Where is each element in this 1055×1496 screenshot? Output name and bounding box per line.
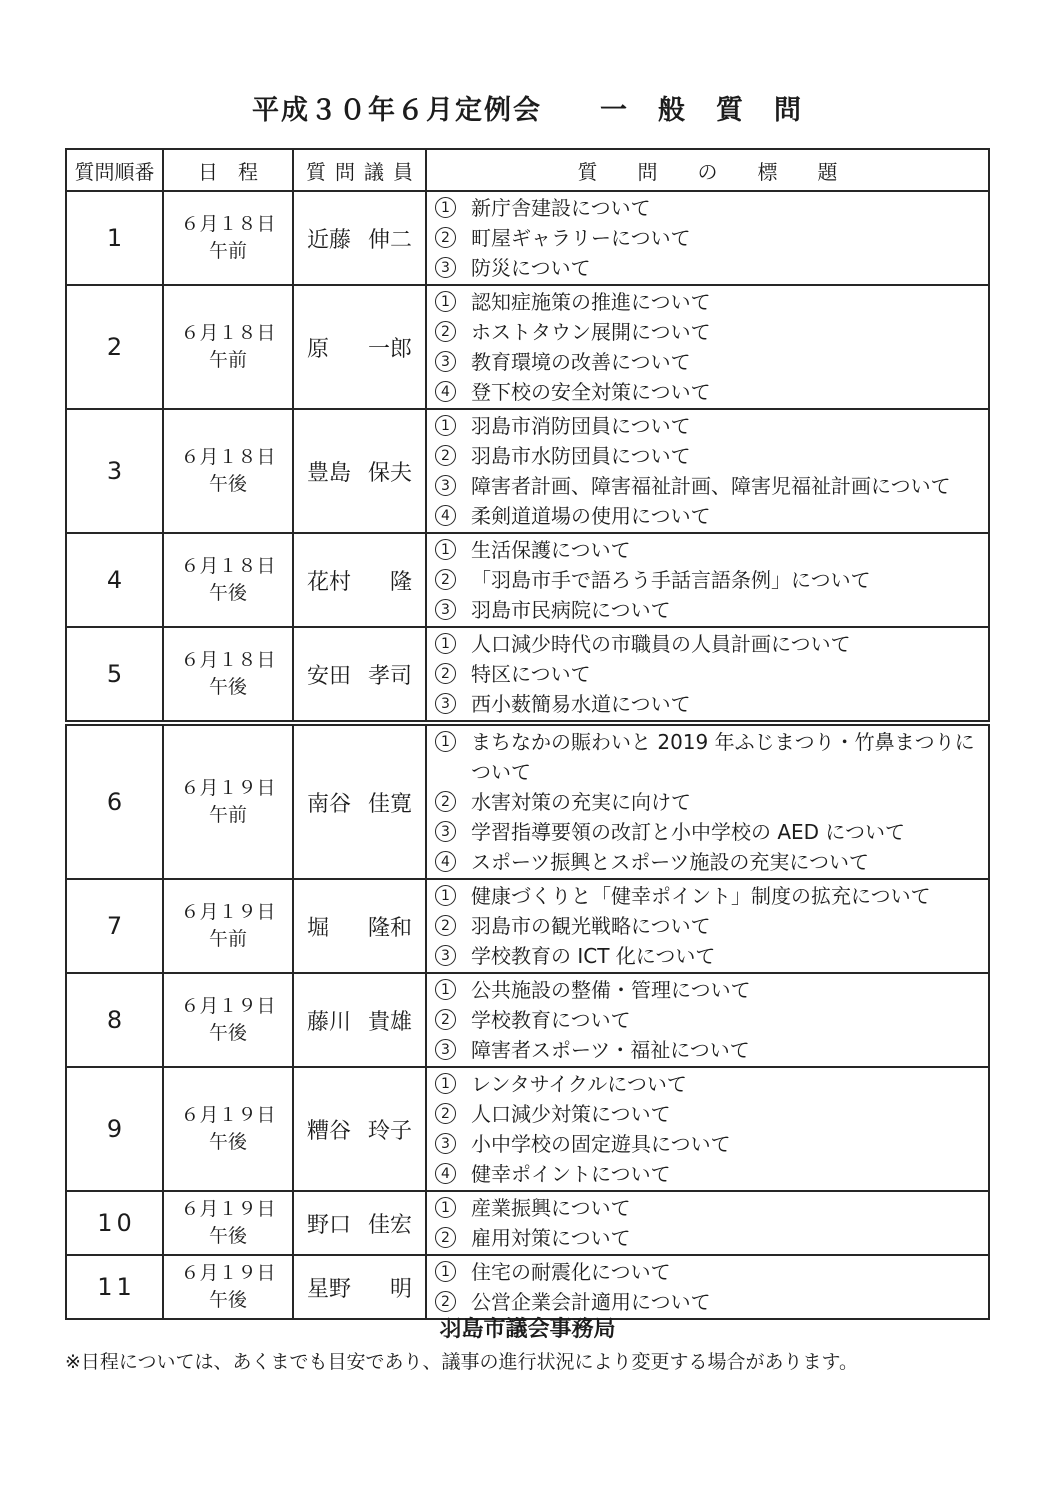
member-given-name: 隆 (390, 565, 412, 596)
member-given-name: 隆和 (368, 911, 412, 942)
table-row: 1 ６月１８日 午前 近藤 伸二 1 新庁舎建設について 2 町屋ギャラリーにつ… (66, 191, 989, 285)
question-title-item: 3 西小薮簡易水道について (435, 689, 982, 719)
question-title-text: 障害者計画、障害福祉計画、障害児福祉計画について (471, 471, 982, 501)
table-row: 4 ６月１８日 午後 花村 隆 1 生活保護について 2 「羽島市手で語ろう手話… (66, 533, 989, 627)
question-title-text: ホストタウン展開について (471, 317, 982, 347)
schedule-ampm: 午前 (164, 802, 292, 829)
circled-number-icon: 1 (435, 1261, 456, 1282)
circled-number-icon: 3 (435, 599, 456, 620)
question-order: 3 (66, 409, 163, 533)
table-row: 3 ６月１８日 午後 豊島 保夫 1 羽島市消防団員について 2 羽島市水防団員… (66, 409, 989, 533)
schedule-cell: ６月１８日 午前 (163, 191, 293, 285)
header-schedule: 日 程 (163, 149, 293, 191)
circled-number-icon: 3 (435, 945, 456, 966)
question-title-text: 学習指導要領の改訂と小中学校の AED について (471, 817, 982, 847)
question-title-text: 羽島市水防団員について (471, 441, 982, 471)
question-title-text: 柔剣道道場の使用について (471, 501, 982, 531)
question-title-item: 2 羽島市水防団員について (435, 441, 982, 471)
member-name: 藤川 貴雄 (294, 1005, 425, 1036)
schedule-ampm: 午後 (164, 1223, 292, 1250)
circled-number-icon: 2 (435, 915, 456, 936)
question-title-text: 認知症施策の推進について (471, 287, 982, 317)
member-surname: 南谷 (307, 787, 351, 818)
member-cell: 豊島 保夫 (293, 409, 426, 533)
member-cell: 星野 明 (293, 1255, 426, 1319)
question-title-item: 1 レンタサイクルについて (435, 1069, 982, 1099)
circled-number-icon: 2 (435, 321, 456, 342)
question-titles-cell: 1 産業振興について 2 雇用対策について (426, 1191, 989, 1255)
question-title-item: 4 健幸ポイントについて (435, 1159, 982, 1189)
circled-number-icon: 2 (435, 569, 456, 590)
circled-number-icon: 3 (435, 1039, 456, 1060)
circled-number-icon: 1 (435, 731, 456, 752)
member-name: 糟谷 玲子 (294, 1114, 425, 1145)
question-title-text: 雇用対策について (471, 1223, 982, 1253)
circled-number-icon: 2 (435, 1291, 456, 1312)
member-name: 豊島 保夫 (294, 456, 425, 487)
circled-number-icon: 1 (435, 1073, 456, 1094)
question-title-item: 4 登下校の安全対策について (435, 377, 982, 407)
circled-number-icon: 2 (435, 445, 456, 466)
question-title-text: 特区について (471, 659, 982, 689)
schedule-cell: ６月１９日 午後 (163, 973, 293, 1067)
header-question-subject: 質 問 の 標 題 (426, 149, 989, 191)
member-cell: 堀 隆和 (293, 879, 426, 973)
schedule-disclaimer-note: ※日程については、あくまでも目安であり、議事の進行状況により変更する場合がありま… (65, 1347, 858, 1374)
table-row: 5 ６月１８日 午後 安田 孝司 1 人口減少時代の市職員の人員計画について 2… (66, 627, 989, 723)
table-row: 2 ６月１８日 午前 原 一郎 1 認知症施策の推進について 2 ホストタウン展… (66, 285, 989, 409)
table-row: 7 ６月１９日 午前 堀 隆和 1 健康づくりと「健幸ポイント」制度の拡充につい… (66, 879, 989, 973)
schedule-cell: ６月１８日 午後 (163, 627, 293, 723)
member-cell: 南谷 佳寛 (293, 723, 426, 879)
circled-number-icon: 1 (435, 885, 456, 906)
question-table-body: 1 ６月１８日 午前 近藤 伸二 1 新庁舎建設について 2 町屋ギャラリーにつ… (66, 191, 989, 1319)
schedule-ampm: 午前 (164, 347, 292, 374)
question-title-text: 人口減少対策について (471, 1099, 982, 1129)
circled-number-icon: 2 (435, 1009, 456, 1030)
question-title-item: 3 学習指導要領の改訂と小中学校の AED について (435, 817, 982, 847)
question-title-item: 1 公共施設の整備・管理について (435, 975, 982, 1005)
circled-number-icon: 3 (435, 257, 456, 278)
member-given-name: 明 (390, 1272, 412, 1303)
question-title-text: 健幸ポイントについて (471, 1159, 982, 1189)
member-cell: 原 一郎 (293, 285, 426, 409)
table-header-row: 質問順番 日 程 質問議員 質 問 の 標 題 (66, 149, 989, 191)
question-title-item: 3 障害者計画、障害福祉計画、障害児福祉計画について (435, 471, 982, 501)
question-title-item: 3 学校教育の ICT 化について (435, 941, 982, 971)
circled-number-icon: 3 (435, 475, 456, 496)
member-surname: 近藤 (307, 223, 351, 254)
circled-number-icon: 4 (435, 1163, 456, 1184)
schedule-cell: ６月１９日 午後 (163, 1255, 293, 1319)
question-title-text: レンタサイクルについて (471, 1069, 982, 1099)
member-name: 安田 孝司 (294, 659, 425, 690)
circled-number-icon: 1 (435, 197, 456, 218)
header-question-order: 質問順番 (66, 149, 163, 191)
schedule-cell: ６月１９日 午後 (163, 1067, 293, 1191)
question-order: 4 (66, 533, 163, 627)
question-title-text: 健康づくりと「健幸ポイント」制度の拡充について (471, 881, 982, 911)
member-cell: 花村 隆 (293, 533, 426, 627)
circled-number-icon: 1 (435, 539, 456, 560)
question-titles-cell: 1 レンタサイクルについて 2 人口減少対策について 3 小中学校の固定遊具につ… (426, 1067, 989, 1191)
circled-number-icon: 4 (435, 505, 456, 526)
circled-number-icon: 2 (435, 791, 456, 812)
question-title-text: 羽島市民病院について (471, 595, 982, 625)
question-title-text: 住宅の耐震化について (471, 1257, 982, 1287)
circled-number-icon: 2 (435, 1103, 456, 1124)
schedule-date: ６月１９日 (164, 1196, 292, 1223)
circled-number-icon: 1 (435, 633, 456, 654)
question-title-text: 小中学校の固定遊具について (471, 1129, 982, 1159)
schedule-date: ６月１８日 (164, 553, 292, 580)
question-title-item: 3 防災について (435, 253, 982, 283)
member-given-name: 貴雄 (368, 1005, 412, 1036)
question-title-item: 2 雇用対策について (435, 1223, 982, 1253)
question-title-item: 1 まちなかの賑わいと 2019 年ふじまつり・竹鼻まつりについて (435, 727, 982, 787)
question-title-item: 2 ホストタウン展開について (435, 317, 982, 347)
member-cell: 糟谷 玲子 (293, 1067, 426, 1191)
member-surname: 豊島 (307, 456, 351, 487)
question-title-item: 1 羽島市消防団員について (435, 411, 982, 441)
member-given-name: 伸二 (368, 223, 412, 254)
question-order: 5 (66, 627, 163, 723)
question-title-item: 2 特区について (435, 659, 982, 689)
question-title-item: 3 羽島市民病院について (435, 595, 982, 625)
question-title-item: 3 教育環境の改善について (435, 347, 982, 377)
question-titles-cell: 1 住宅の耐震化について 2 公営企業会計適用について (426, 1255, 989, 1319)
member-given-name: 孝司 (368, 659, 412, 690)
member-name: 南谷 佳寛 (294, 787, 425, 818)
question-title-item: 2 水害対策の充実に向けて (435, 787, 982, 817)
schedule-date: ６月１９日 (164, 1260, 292, 1287)
member-surname: 野口 (307, 1208, 351, 1239)
question-title-text: 町屋ギャラリーについて (471, 223, 982, 253)
schedule-cell: ６月１９日 午後 (163, 1191, 293, 1255)
circled-number-icon: 1 (435, 415, 456, 436)
member-name: 堀 隆和 (294, 911, 425, 942)
member-given-name: 一郎 (368, 332, 412, 363)
question-title-text: 登下校の安全対策について (471, 377, 982, 407)
question-title-text: 障害者スポーツ・福祉について (471, 1035, 982, 1065)
member-given-name: 玲子 (368, 1114, 412, 1145)
question-order: 1 (66, 191, 163, 285)
schedule-date: ６月１９日 (164, 993, 292, 1020)
question-title-text: 羽島市消防団員について (471, 411, 982, 441)
member-cell: 野口 佳宏 (293, 1191, 426, 1255)
question-titles-cell: 1 羽島市消防団員について 2 羽島市水防団員について 3 障害者計画、障害福祉… (426, 409, 989, 533)
member-given-name: 保夫 (368, 456, 412, 487)
member-surname: 藤川 (307, 1005, 351, 1036)
question-order: 11 (66, 1255, 163, 1319)
member-cell: 藤川 貴雄 (293, 973, 426, 1067)
member-name: 星野 明 (294, 1272, 425, 1303)
question-title-text: 産業振興について (471, 1193, 982, 1223)
schedule-date: ６月１９日 (164, 1102, 292, 1129)
circled-number-icon: 2 (435, 227, 456, 248)
schedule-date: ６月１８日 (164, 320, 292, 347)
member-name: 原 一郎 (294, 332, 425, 363)
question-title-text: 「羽島市手で語ろう手話言語条例」について (471, 565, 982, 595)
schedule-ampm: 午後 (164, 471, 292, 498)
member-cell: 安田 孝司 (293, 627, 426, 723)
schedule-date: ６月１８日 (164, 647, 292, 674)
circled-number-icon: 3 (435, 1133, 456, 1154)
question-order: 8 (66, 973, 163, 1067)
question-title-item: 2 町屋ギャラリーについて (435, 223, 982, 253)
question-order: 7 (66, 879, 163, 973)
circled-number-icon: 1 (435, 291, 456, 312)
question-titles-cell: 1 健康づくりと「健幸ポイント」制度の拡充について 2 羽島市の観光戦略について… (426, 879, 989, 973)
question-title-item: 2 学校教育について (435, 1005, 982, 1035)
question-order: 10 (66, 1191, 163, 1255)
question-title-item: 2 「羽島市手で語ろう手話言語条例」について (435, 565, 982, 595)
circled-number-icon: 2 (435, 1227, 456, 1248)
circled-number-icon: 4 (435, 381, 456, 402)
question-order: 2 (66, 285, 163, 409)
circled-number-icon: 1 (435, 1197, 456, 1218)
question-title-item: 1 産業振興について (435, 1193, 982, 1223)
member-name: 近藤 伸二 (294, 223, 425, 254)
circled-number-icon: 3 (435, 693, 456, 714)
question-title-item: 1 新庁舎建設について (435, 193, 982, 223)
question-title-text: 西小薮簡易水道について (471, 689, 982, 719)
general-questions-table: 質問順番 日 程 質問議員 質 問 の 標 題 1 ６月１８日 午前 近藤 伸二… (65, 148, 990, 1320)
schedule-date: ６月１９日 (164, 899, 292, 926)
schedule-ampm: 午前 (164, 238, 292, 265)
schedule-ampm: 午後 (164, 580, 292, 607)
question-title-item: 1 住宅の耐震化について (435, 1257, 982, 1287)
member-surname: 原 (307, 332, 329, 363)
question-title-text: 生活保護について (471, 535, 982, 565)
question-title-text: 公共施設の整備・管理について (471, 975, 982, 1005)
question-titles-cell: 1 生活保護について 2 「羽島市手で語ろう手話言語条例」について 3 羽島市民… (426, 533, 989, 627)
question-titles-cell: 1 認知症施策の推進について 2 ホストタウン展開について 3 教育環境の改善に… (426, 285, 989, 409)
question-title-text: 学校教育の ICT 化について (471, 941, 982, 971)
schedule-cell: ６月１８日 午前 (163, 285, 293, 409)
question-title-text: 新庁舎建設について (471, 193, 982, 223)
schedule-cell: ６月１８日 午後 (163, 533, 293, 627)
question-title-item: 3 障害者スポーツ・福祉について (435, 1035, 982, 1065)
document-title: 平成３０年６月定例会 一 般 質 問 (0, 88, 1055, 127)
member-surname: 糟谷 (307, 1114, 351, 1145)
member-surname: 花村 (307, 565, 351, 596)
question-title-item: 3 小中学校の固定遊具について (435, 1129, 982, 1159)
member-cell: 近藤 伸二 (293, 191, 426, 285)
table-row: 6 ６月１９日 午前 南谷 佳寛 1 まちなかの賑わいと 2019 年ふじまつり… (66, 723, 989, 879)
table-row: 10 ６月１９日 午後 野口 佳宏 1 産業振興について 2 雇用対策について (66, 1191, 989, 1255)
member-name: 花村 隆 (294, 565, 425, 596)
question-title-text: 水害対策の充実に向けて (471, 787, 982, 817)
question-title-item: 4 柔剣道道場の使用について (435, 501, 982, 531)
document-page: 平成３０年６月定例会 一 般 質 問 質問順番 日 程 質問議員 質 問 の 標… (0, 0, 1055, 1496)
table-row: 11 ６月１９日 午後 星野 明 1 住宅の耐震化について 2 公営企業会計適用… (66, 1255, 989, 1319)
header-member: 質問議員 (293, 149, 426, 191)
question-order: 6 (66, 723, 163, 879)
question-title-text: スポーツ振興とスポーツ施設の充実について (471, 847, 982, 877)
schedule-cell: ６月１８日 午後 (163, 409, 293, 533)
member-given-name: 佳宏 (368, 1208, 412, 1239)
schedule-cell: ６月１９日 午前 (163, 879, 293, 973)
schedule-ampm: 午後 (164, 1020, 292, 1047)
circled-number-icon: 4 (435, 851, 456, 872)
question-titles-cell: 1 まちなかの賑わいと 2019 年ふじまつり・竹鼻まつりについて 2 水害対策… (426, 723, 989, 879)
table-row: 9 ６月１９日 午後 糟谷 玲子 1 レンタサイクルについて 2 人口減少対策に… (66, 1067, 989, 1191)
schedule-ampm: 午後 (164, 1129, 292, 1156)
schedule-cell: ６月１９日 午前 (163, 723, 293, 879)
question-title-text: 羽島市の観光戦略について (471, 911, 982, 941)
schedule-date: ６月１８日 (164, 211, 292, 238)
member-name: 野口 佳宏 (294, 1208, 425, 1239)
member-given-name: 佳寛 (368, 787, 412, 818)
question-titles-cell: 1 公共施設の整備・管理について 2 学校教育について 3 障害者スポーツ・福祉… (426, 973, 989, 1067)
question-title-text: 人口減少時代の市職員の人員計画について (471, 629, 982, 659)
question-title-item: 1 健康づくりと「健幸ポイント」制度の拡充について (435, 881, 982, 911)
question-titles-cell: 1 新庁舎建設について 2 町屋ギャラリーについて 3 防災について (426, 191, 989, 285)
question-title-item: 2 人口減少対策について (435, 1099, 982, 1129)
table-row: 8 ６月１９日 午後 藤川 貴雄 1 公共施設の整備・管理について 2 学校教育… (66, 973, 989, 1067)
question-title-item: 2 羽島市の観光戦略について (435, 911, 982, 941)
question-title-item: 1 人口減少時代の市職員の人員計画について (435, 629, 982, 659)
schedule-ampm: 午前 (164, 926, 292, 953)
question-title-text: 防災について (471, 253, 982, 283)
schedule-date: ６月１９日 (164, 775, 292, 802)
schedule-ampm: 午後 (164, 1287, 292, 1314)
schedule-ampm: 午後 (164, 674, 292, 701)
circled-number-icon: 3 (435, 821, 456, 842)
question-titles-cell: 1 人口減少時代の市職員の人員計画について 2 特区について 3 西小薮簡易水道… (426, 627, 989, 723)
member-surname: 堀 (307, 911, 329, 942)
circled-number-icon: 1 (435, 979, 456, 1000)
question-title-text: 学校教育について (471, 1005, 982, 1035)
question-title-text: 教育環境の改善について (471, 347, 982, 377)
circled-number-icon: 2 (435, 663, 456, 684)
question-title-item: 1 認知症施策の推進について (435, 287, 982, 317)
circled-number-icon: 3 (435, 351, 456, 372)
question-order: 9 (66, 1067, 163, 1191)
question-title-item: 1 生活保護について (435, 535, 982, 565)
question-title-text: まちなかの賑わいと 2019 年ふじまつり・竹鼻まつりについて (471, 727, 982, 787)
council-office-name: 羽島市議会事務局 (0, 1312, 1055, 1343)
member-surname: 安田 (307, 659, 351, 690)
schedule-date: ６月１８日 (164, 444, 292, 471)
question-title-item: 4 スポーツ振興とスポーツ施設の充実について (435, 847, 982, 877)
member-surname: 星野 (307, 1272, 351, 1303)
